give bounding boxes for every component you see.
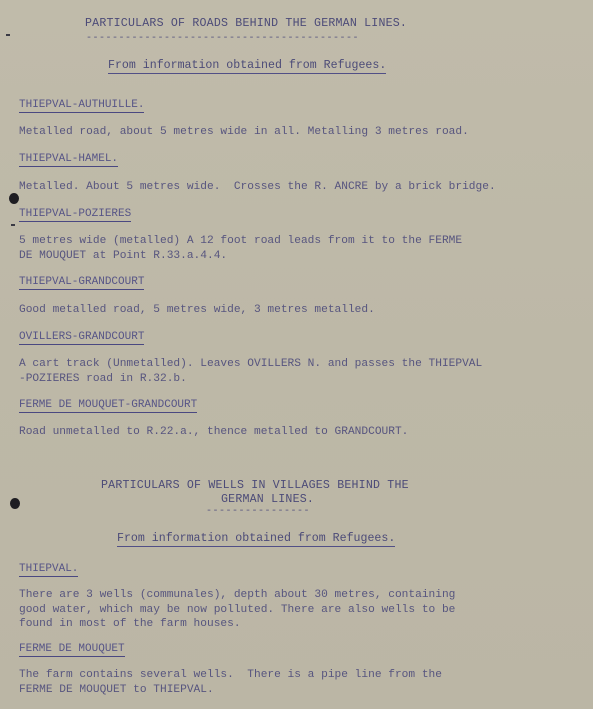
road-text-thiepval-grandcourt: Good metalled road, 5 metres wide, 3 met… <box>19 303 375 318</box>
road-heading-thiepval-pozieres: THIEPVAL-POZIERES <box>19 207 131 222</box>
road-text-ferme-de-mouquet-grandcourt: Road unmetalled to R.22.a., thence metal… <box>19 425 408 440</box>
punch-hole <box>9 193 19 204</box>
road-heading-thiepval-grandcourt: THIEPVAL-GRANDCOURT <box>19 275 144 290</box>
paper-mark <box>11 224 15 226</box>
road-text-ovillers-grandcourt: A cart track (Unmetalled). Leaves OVILLE… <box>19 357 482 386</box>
wells-section-subtitle: From information obtained from Refugees. <box>117 532 395 547</box>
road-heading-ferme-de-mouquet-grandcourt: FERME DE MOUQUET-GRANDCOURT <box>19 398 197 413</box>
road-text-thiepval-pozieres: 5 metres wide (metalled) A 12 foot road … <box>19 234 462 263</box>
well-text-ferme-de-mouquet: The farm contains several wells. There i… <box>19 668 442 697</box>
typescript-page: PARTICULARS OF ROADS BEHIND THE GERMAN L… <box>0 0 593 709</box>
paper-mark <box>6 34 10 36</box>
well-heading-thiepval: THIEPVAL. <box>19 562 78 577</box>
punch-hole <box>10 498 20 509</box>
road-heading-thiepval-hamel: THIEPVAL-HAMEL. <box>19 152 118 167</box>
road-heading-ovillers-grandcourt: OVILLERS-GRANDCOURT <box>19 330 144 345</box>
wells-section-title-line2: GERMAN LINES. <box>221 493 314 506</box>
well-text-thiepval: There are 3 wells (communales), depth ab… <box>19 588 455 632</box>
road-text-thiepval-hamel: Metalled. About 5 metres wide. Crosses t… <box>19 180 496 195</box>
roads-title-rule: ----------------------------------------… <box>86 33 440 44</box>
wells-section-title-line1: PARTICULARS OF WELLS IN VILLAGES BEHIND … <box>101 479 409 492</box>
roads-section-title: PARTICULARS OF ROADS BEHIND THE GERMAN L… <box>85 17 407 30</box>
well-heading-ferme-de-mouquet: FERME DE MOUQUET <box>19 642 125 657</box>
road-heading-thiepval-authuille: THIEPVAL-AUTHUILLE. <box>19 98 144 113</box>
wells-title-rule: ---------------- <box>206 506 334 517</box>
roads-section-subtitle: From information obtained from Refugees. <box>108 59 386 74</box>
road-text-thiepval-authuille: Metalled road, about 5 metres wide in al… <box>19 125 469 140</box>
